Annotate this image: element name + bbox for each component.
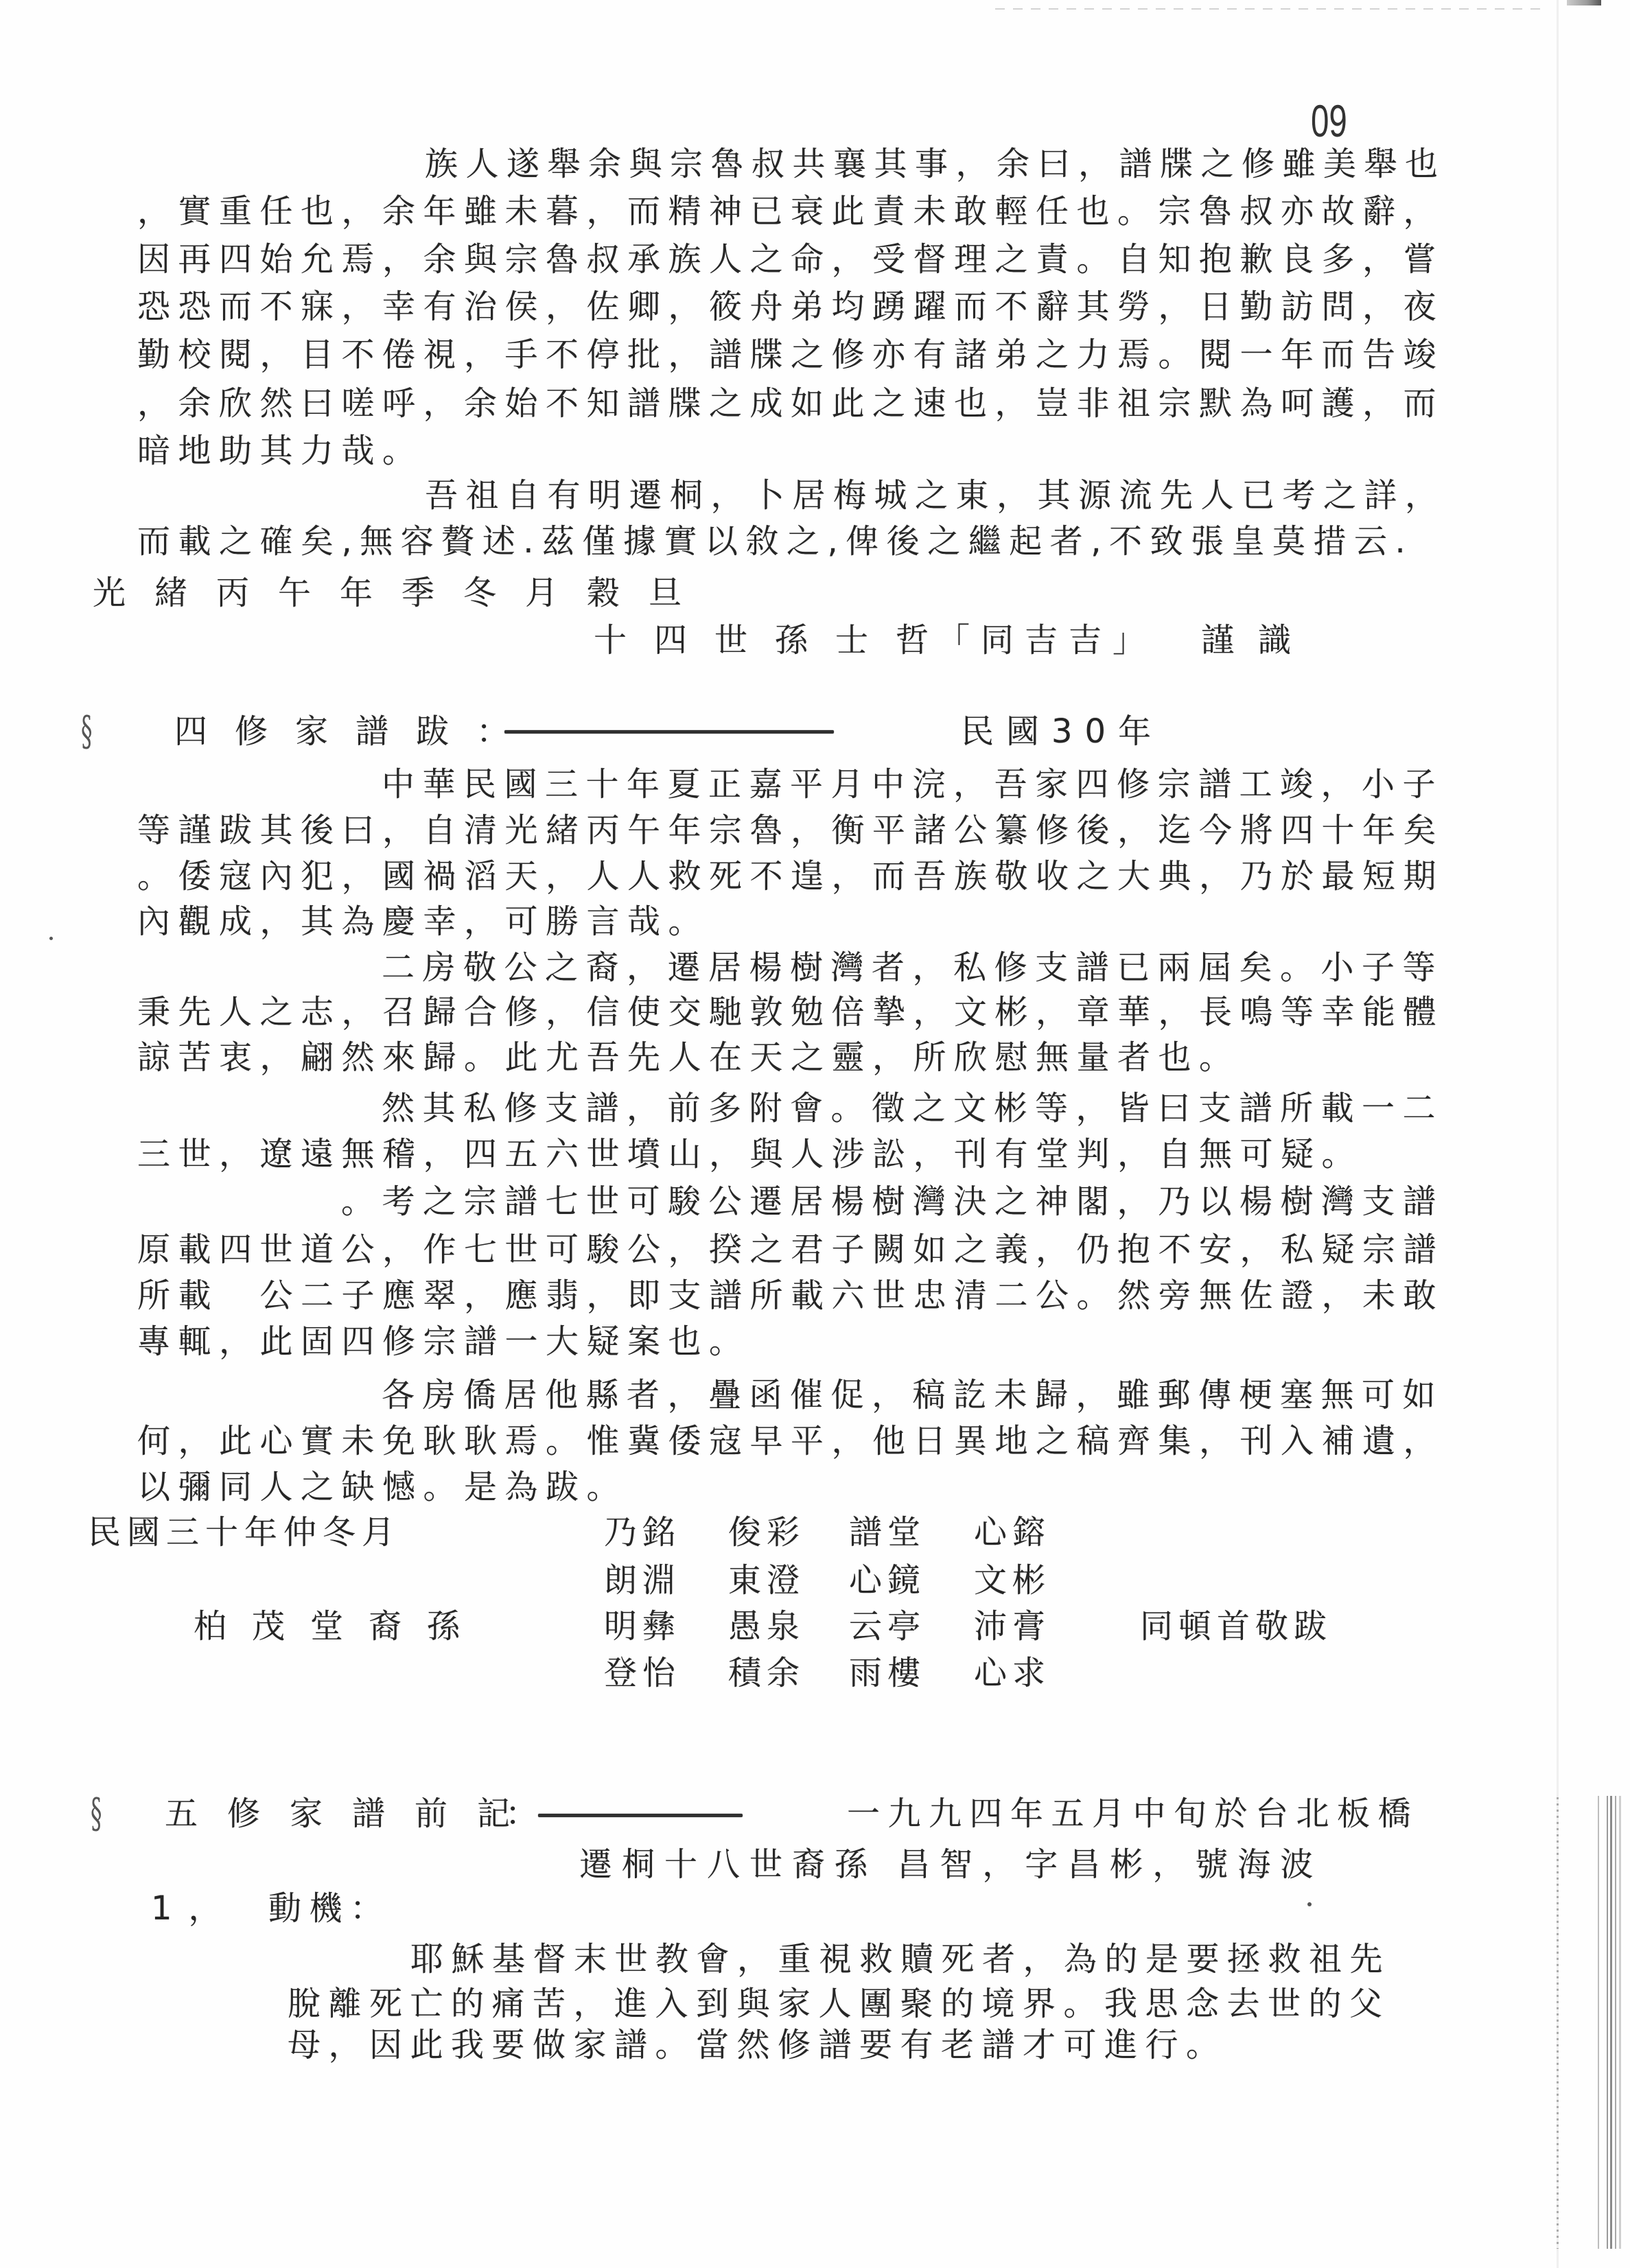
text-line: 勤校閱，目不倦視，手不停批，譜牒之修亦有諸弟之力焉。閱一年而告竣	[137, 338, 1444, 371]
subsection-number: 1，	[151, 1892, 238, 1925]
signer-name: 朗淵	[604, 1564, 681, 1597]
scan-artifact-dotted-line	[1557, 1797, 1559, 2249]
scanned-document-page: 09 族人遂舉余與宗魯叔共襄其事，余曰，譜牒之修雖美舉也 ，實重任也，余年雖未暮…	[0, 0, 1630, 2268]
section-title: 四修家譜跋	[174, 715, 476, 748]
text-line: 。倭寇內犯，國禍滔天，人人救死不遑，而吾族敬收之大典，乃於最短期	[137, 860, 1444, 893]
signoff-closing: 同頓首敬跋	[1140, 1610, 1332, 1643]
signer-name: 愚泉	[728, 1610, 805, 1643]
text-line: 所載 公二子應翠，應翡，即支譜所載六世忠清二公。然旁無佐證，未敢	[137, 1279, 1444, 1312]
signer-name: 心鏡	[849, 1564, 926, 1597]
text-line: 母，因此我要做家譜。當然修譜要有老譜才可進行。	[288, 2029, 1227, 2061]
signer-name: 積余	[728, 1657, 805, 1690]
text-line: 因再四始允焉，余與宗魯叔承族人之命，受督理之責。自知抱歉良多，嘗	[137, 243, 1444, 276]
text-line: 耶穌基督末世教會，重視救贖死者，為的是要拯救祖先	[410, 1943, 1390, 1976]
scan-artifact-dot	[1307, 1902, 1312, 1906]
text-line: 暗地助其力哉。	[137, 434, 423, 467]
text-line: 三世，遼遠無稽，四五六世墳山，與人涉訟，刊有堂判，自無可疑。	[137, 1138, 1362, 1171]
text-line: 各房僑居他縣者，疊函催促，稿訖未歸，雖郵傳梗塞無可如	[382, 1379, 1443, 1412]
descendants-label: 柏茂堂裔孫	[194, 1610, 485, 1643]
signer-name: 云亭	[849, 1610, 926, 1643]
header-rule-divider	[538, 1814, 743, 1817]
text-line: 以彌同人之缺憾。是為跋。	[137, 1471, 627, 1504]
signer-name: 東澄	[728, 1564, 805, 1597]
text-line: 恐恐而不寐，幸有治侯，佐卿，筱舟弟均踴躍而不辭其勞，日勤訪問，夜	[137, 290, 1444, 323]
scan-artifact-corner-mark	[1567, 0, 1601, 5]
text-line: 專輒，此固四修宗譜一大疑案也。	[137, 1325, 750, 1358]
header-rule-divider	[504, 730, 834, 734]
text-line: 二房敬公之裔，遷居楊樹灣者，私修支譜已兩屆矣。小子等	[382, 951, 1443, 984]
page-number: 09	[1311, 98, 1347, 143]
text-line: 吾祖自有明遷桐，卜居梅城之東，其源流先人已考之詳，	[425, 479, 1446, 512]
signer-name: 雨樓	[849, 1657, 926, 1690]
signer-name: 明彝	[604, 1610, 681, 1643]
signer-name: 文彬	[974, 1564, 1051, 1597]
section-marker-icon: §	[81, 711, 93, 752]
text-line: 族人遂舉余與宗魯叔共襄其事，余曰，譜牒之修雖美舉也	[425, 148, 1446, 180]
text-line: 諒苦衷，翩然來歸。此尤吾先人在天之靈，所欣慰無量者也。	[137, 1041, 1240, 1074]
text-line: 然其私修支譜，前多附會。徵之文彬等，皆曰支譜所載一二	[382, 1092, 1443, 1125]
section-author: 遷桐十八世裔孫 昌智，字昌彬，號海波	[579, 1848, 1323, 1881]
subsection-title: 動機：	[268, 1892, 391, 1925]
signer-name: 心鎔	[974, 1516, 1051, 1549]
signer-name: 俊彩	[728, 1516, 805, 1549]
text-line: ，實重任也，余年雖未暮，而精神已衰此責未敢輕任也。宗魯叔亦故辭，	[137, 195, 1444, 228]
text-line: 原載四世道公，作七世可駿公，揆之君子闕如之義，仍抱不安，私疑宗譜	[137, 1233, 1444, 1266]
text-line: 秉先人之志，召歸合修，信使交馳敦勉倍摯，文彬，章華，長鳴等幸能體	[137, 996, 1444, 1029]
text-line: 等謹跋其後曰，自清光緒丙午年宗魯，衡平諸公纂修後，迄今將四十年矣	[137, 814, 1444, 847]
signature-name: 十四世孫士哲	[594, 624, 956, 657]
text-line: 何，此心實未免耿耿焉。惟冀倭寇早平，他日異地之稿齊集，刊入補遺，	[137, 1425, 1444, 1458]
signer-name: 譜堂	[849, 1516, 926, 1549]
scan-artifact-dot	[49, 937, 53, 940]
text-line: 脫離死亡的痛苦，進入到與家人團聚的境界。我思念去世的父	[288, 1987, 1390, 2020]
signer-name: 心求	[974, 1657, 1051, 1690]
scan-artifact-top-line	[995, 8, 1541, 10]
section-date: 民國30年	[961, 715, 1163, 748]
section-date-place: 一九九四年五月中旬於台北板橋	[847, 1797, 1419, 1830]
preface-date: 光緒丙午年季冬月穀旦	[93, 576, 710, 609]
text-line: 內觀成，其為慶幸，可勝言哉。	[137, 905, 709, 938]
signature-alias: 「同吉吉」	[937, 624, 1156, 657]
signer-name: 登怡	[604, 1657, 681, 1690]
signer-name: 乃銘	[604, 1516, 681, 1549]
closing-date: 民國三十年仲冬月	[88, 1516, 401, 1549]
signer-name: 沛膏	[974, 1610, 1051, 1643]
text-line: 中華民國三十年夏正嘉平月中浣，吾家四修宗譜工竣，小子	[382, 768, 1443, 801]
scan-artifact-edge-stripes	[1596, 1796, 1622, 2249]
text-line: ，余欣然曰嗟呼，余始不知譜牒之成如此之速也，豈非祖宗默為呵護，而	[137, 387, 1444, 420]
section-title: 五修家譜前記	[165, 1797, 539, 1830]
text-line: 而載之確矣,無容贅述.茲僅據實以敘之,俾後之繼起者,不致張皇莫措云.	[137, 525, 1413, 558]
text-line: 。考之宗譜七世可駿公遷居楊樹灣決之神閣，乃以楊樹灣支譜	[341, 1185, 1444, 1218]
signature-closing: 謹識	[1201, 624, 1315, 657]
section-marker-icon: §	[91, 1793, 102, 1834]
